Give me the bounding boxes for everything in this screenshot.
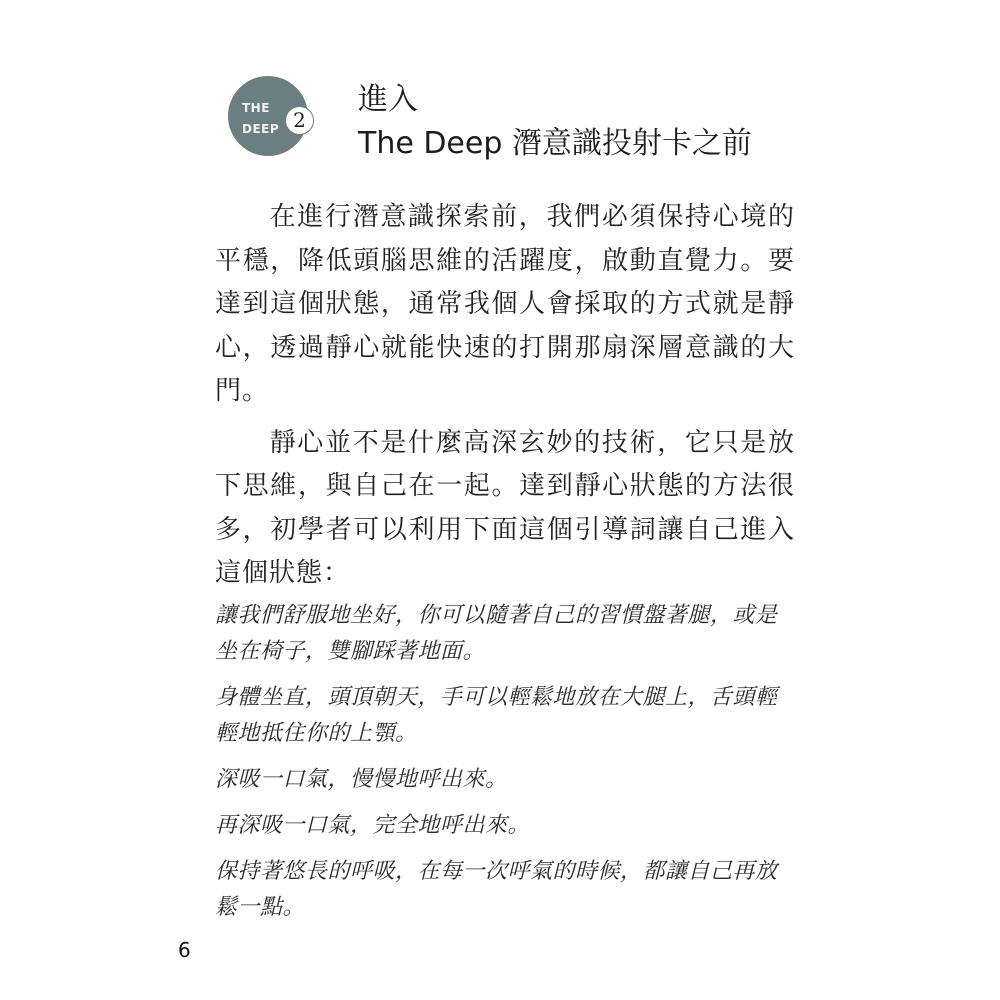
badge-line-the: THE <box>242 98 279 119</box>
guided-line-3: 深吸一口氣，慢慢地呼出來。 <box>215 762 795 798</box>
body-paragraph-1: 在進行潛意識探索前，我們必須保持心境的平穩，降低頭腦思維的活躍度，啟動直覺力。要… <box>215 196 795 414</box>
body-text: 在進行潛意識探索前，我們必須保持心境的平穩，降低頭腦思維的活躍度，啟動直覺力。要… <box>215 196 795 604</box>
badge-label: THE DEEP <box>242 98 279 140</box>
chapter-title-line1: 進入 <box>358 78 752 122</box>
guided-meditation-text: 讓我們舒服地坐好，你可以隨著自己的習慣盤著腿，或是坐在椅子，雙腳踩著地面。 身體… <box>215 598 795 936</box>
chapter-badge: THE DEEP 2 <box>228 76 308 156</box>
guided-line-1: 讓我們舒服地坐好，你可以隨著自己的習慣盤著腿，或是坐在椅子，雙腳踩著地面。 <box>215 598 795 670</box>
chapter-title-line2: The Deep 潛意識投射卡之前 <box>358 122 752 166</box>
chapter-title: 進入 The Deep 潛意識投射卡之前 <box>358 78 752 166</box>
guided-line-4: 再深吸一口氣，完全地呼出來。 <box>215 808 795 844</box>
body-paragraph-2: 靜心並不是什麼高深玄妙的技術，它只是放下思維，與自己在一起。達到靜心狀態的方法很… <box>215 422 795 596</box>
badge-line-deep: DEEP <box>242 119 279 140</box>
chapter-number: 2 <box>285 106 314 135</box>
page-number: 6 <box>178 938 191 962</box>
guided-line-2: 身體坐直，頭頂朝天，手可以輕鬆地放在大腿上，舌頭輕輕地抵住你的上顎。 <box>215 680 795 752</box>
guided-line-5: 保持著悠長的呼吸，在每一次呼氣的時候，都讓自己再放鬆一點。 <box>215 854 795 926</box>
